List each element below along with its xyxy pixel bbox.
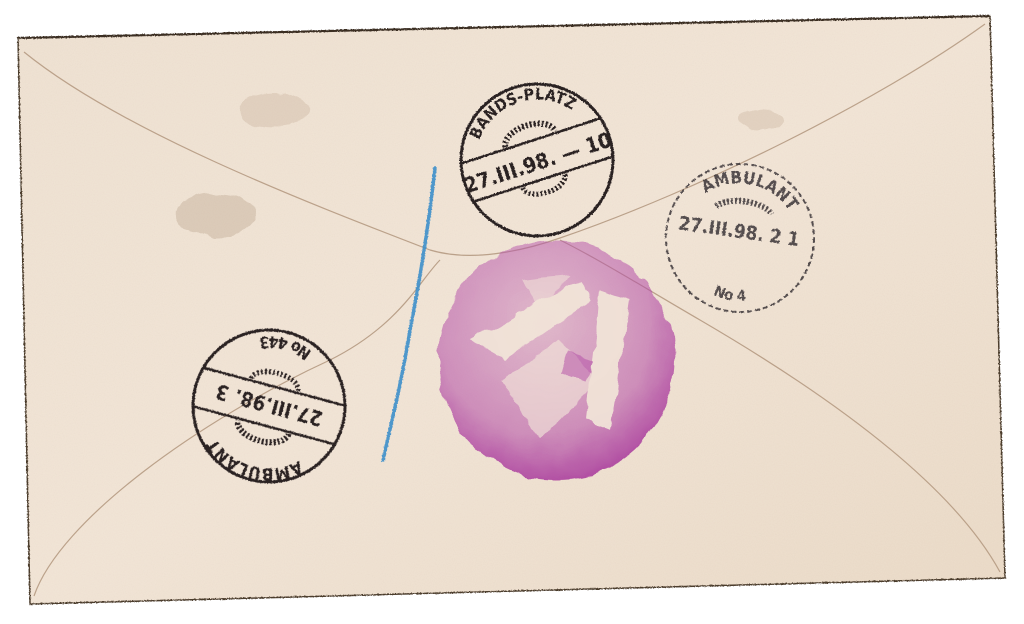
envelope-photo: 27.III.98. — 10 BANDS-PLATZ 27.III.98. 2… xyxy=(0,0,1024,624)
violet-seal xyxy=(438,240,674,480)
